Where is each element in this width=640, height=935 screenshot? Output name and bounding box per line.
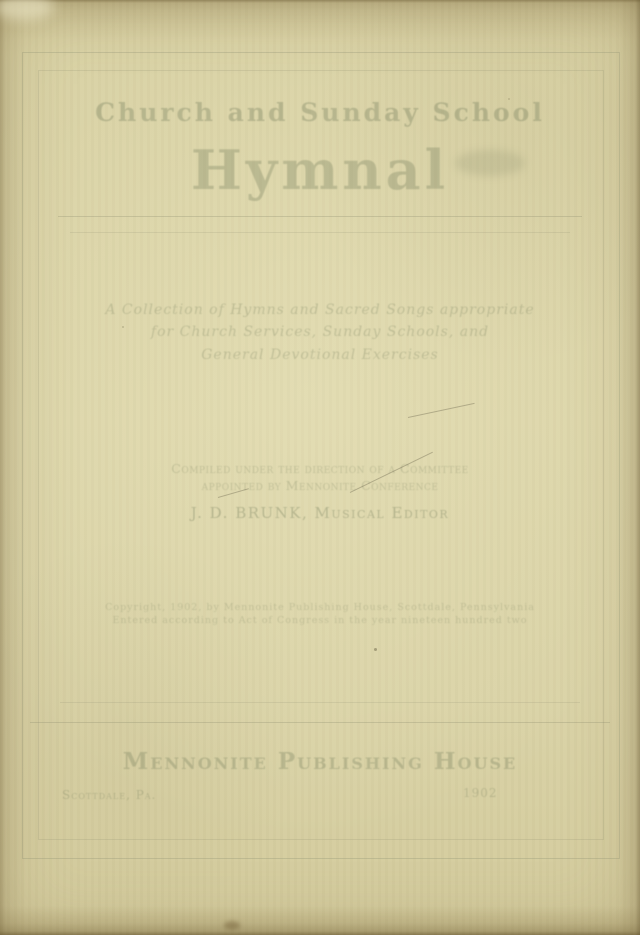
paper-speck (122, 326, 124, 328)
copyright-line-1: Copyright, 1902, by Mennonite Publishing… (0, 602, 640, 613)
subtitle-line-3: General Devotional Exercises (0, 347, 640, 363)
subtitle-line-2: for Church Services, Sunday Schools, and (0, 324, 640, 340)
publication-year: 1902 (463, 786, 498, 800)
compiler-line-1: Compiled under the direction of a Commit… (0, 461, 640, 476)
paper-speck (508, 98, 510, 100)
divider-rule-above-publisher (30, 722, 610, 723)
paper-edge-top (0, 0, 640, 40)
compiler-line-2: appointed by Mennonite Conference (0, 478, 640, 493)
divider-rule-above-publisher-inner (60, 702, 580, 703)
scanned-book-page: Church and Sunday School Hymnal A Collec… (0, 0, 640, 935)
divider-rule-below-title (58, 216, 582, 217)
main-title: Hymnal (0, 138, 640, 202)
ink-bleed-smudge (455, 150, 525, 176)
musical-editor-line: J. D. BRUNK, Musical Editor (0, 504, 640, 522)
paper-edge-bottom (0, 905, 640, 935)
paper-stain (224, 921, 240, 930)
copyright-line-2: Entered according to Act of Congress in … (0, 615, 640, 626)
paper-speck (374, 648, 377, 651)
publisher-place: Scottdale, Pa. (62, 788, 156, 802)
publisher-name: Mennonite Publishing House (0, 748, 640, 775)
subtitle-line-1: A Collection of Hymns and Sacred Songs a… (0, 302, 640, 318)
divider-rule-below-title-inner (70, 232, 570, 233)
series-title: Church and Sunday School (0, 98, 640, 127)
